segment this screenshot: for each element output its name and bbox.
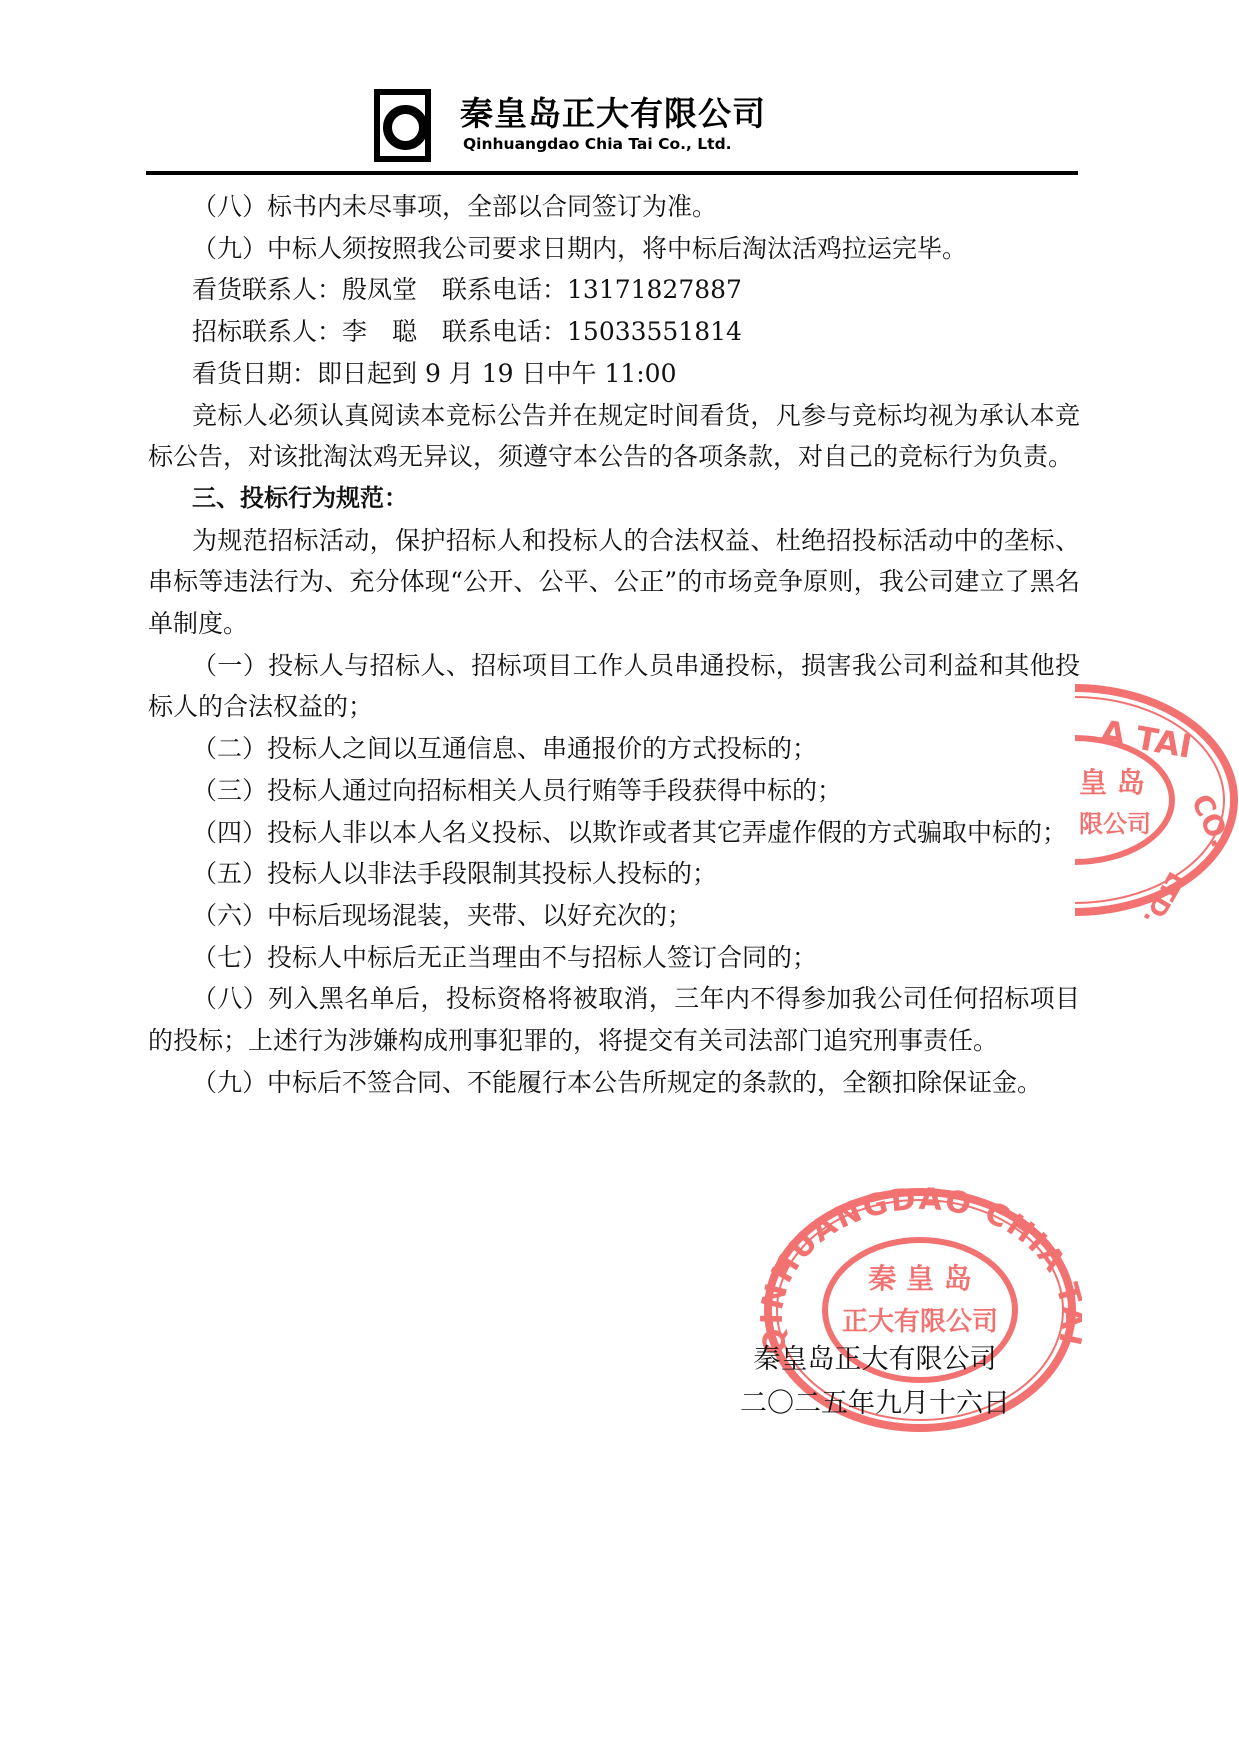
rule-2: （二）投标人之间以互通信息、串通报价的方式投标的； [148,728,1080,770]
svg-text:LTD.: LTD. [1137,867,1190,920]
svg-text:秦 皇 岛: 秦 皇 岛 [868,1262,972,1295]
inspection-contact: 看货联系人：殷凤堂 联系电话：13171827887 [148,269,1080,311]
svg-text:正大有限公司: 正大有限公司 [842,1307,998,1337]
letterhead: 秦皇岛正大有限公司 Qinhuangdao Chia Tai Co., Ltd. [0,0,1239,178]
blacklist-intro-paragraph: 为规范招标活动，保护招标人和投标人的合法权益、杜绝招投标活动中的垄标、串标等违法… [148,520,1080,645]
svg-text:CO.: CO. [1185,789,1238,852]
svg-text:限公司: 限公司 [1079,810,1151,838]
square-ring-logo-icon [374,89,431,162]
svg-text:QINHUANGDAO CHIA TAI CO., LTD.: QINHUANGDAO CHIA TAI CO., LTD. [752,1170,1082,1365]
inspection-date: 看货日期：即日起到 9 月 19 日中午 11:00 [148,353,1080,395]
bidder-notice-paragraph: 竞标人必须认真阅读本竞标公告并在规定时间看货，凡参与竞标均视为承认本竞标公告，对… [148,395,1080,478]
signature-company: 秦皇岛正大有限公司 [740,1338,1010,1382]
rule-3: （三）投标人通过向招标相关人员行贿等手段获得中标的； [148,770,1080,812]
rule-6: （六）中标后现场混装，夹带、以好充次的； [148,895,1080,937]
signature-block: 秦皇岛正大有限公司 二〇二五年九月十六日 [740,1338,1010,1426]
svg-text:A TAI: A TAI [1098,712,1195,765]
svg-text:皇 岛: 皇 岛 [1079,766,1145,799]
company-name-cn: 秦皇岛正大有限公司 [460,88,766,135]
rule-7: （七）投标人中标后无正当理由不与招标人签订合同的； [148,937,1080,979]
company-name-en: Qinhuangdao Chia Tai Co., Ltd. [463,135,732,153]
section-heading-3: 三、投标行为规范： [148,478,1080,520]
clause-9: （九）中标人须按照我公司要求日期内，将中标后淘汰活鸡拉运完毕。 [148,228,1080,270]
header-divider [146,171,1078,175]
rule-4: （四）投标人非以本人名义投标、以欺诈或者其它弄虚作假的方式骗取中标的； [148,812,1080,854]
clause-8: （八）标书内未尽事项，全部以合同签订为准。 [148,186,1080,228]
signature-date: 二〇二五年九月十六日 [740,1382,1010,1426]
seam-stamp-icon: A TAI CO. 皇 岛 限公司 LTD. [1075,680,1239,920]
document-body: （八）标书内未尽事项，全部以合同签订为准。 （九）中标人须按照我公司要求日期内，… [148,186,1080,1103]
rule-8: （八）列入黑名单后，投标资格将被取消，三年内不得参加我公司任何招标项目的投标；上… [148,978,1080,1061]
rule-1: （一）投标人与招标人、招标项目工作人员串通投标，损害我公司利益和其他投标人的合法… [148,645,1080,728]
rule-9: （九）中标后不签合同、不能履行本公告所规定的条款的，全额扣除保证金。 [148,1062,1080,1104]
bidding-contact: 招标联系人：李 聪 联系电话：15033551814 [148,311,1080,353]
rule-5: （五）投标人以非法手段限制其投标人投标的； [148,853,1080,895]
